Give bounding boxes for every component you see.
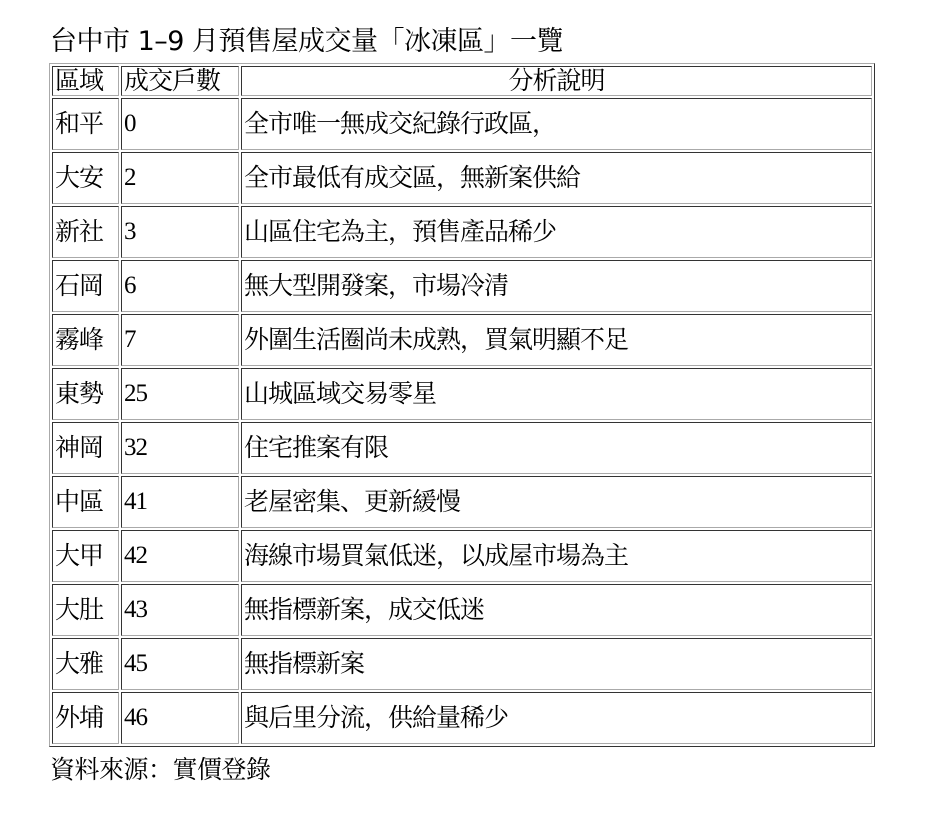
table-title: 台中市 1–9 月預售屋成交量「冰凍區」一覽 bbox=[50, 24, 563, 60]
cell-units: 0 bbox=[121, 98, 239, 150]
table-row: 大安 2 全市最低有成交區，無新案供給 bbox=[52, 152, 872, 204]
cell-units: 41 bbox=[121, 476, 239, 528]
table-row: 中區 41 老屋密集、更新緩慢 bbox=[52, 476, 872, 528]
cell-note: 老屋密集、更新緩慢 bbox=[241, 476, 872, 528]
table-row: 神岡 32 住宅推案有限 bbox=[52, 422, 872, 474]
cell-note: 無大型開發案，市場冷清 bbox=[241, 260, 872, 312]
header-row: 區域 成交戶數 分析說明 bbox=[52, 66, 872, 96]
cell-units: 43 bbox=[121, 584, 239, 636]
cell-district: 大肚 bbox=[52, 584, 119, 636]
cell-note: 無指標新案 bbox=[241, 638, 872, 690]
data-table-container: 區域 成交戶數 分析說明 和平 0 全市唯一無成交紀錄行政區， 大安 2 全市最… bbox=[49, 63, 875, 747]
table-row: 新社 3 山區住宅為主，預售產品稀少 bbox=[52, 206, 872, 258]
cell-district: 霧峰 bbox=[52, 314, 119, 366]
header-analysis: 分析說明 bbox=[241, 66, 872, 96]
table-row: 外埔 46 與后里分流，供給量稀少 bbox=[52, 692, 872, 744]
cell-note: 住宅推案有限 bbox=[241, 422, 872, 474]
table-row: 石岡 6 無大型開發案，市場冷清 bbox=[52, 260, 872, 312]
cell-district: 大甲 bbox=[52, 530, 119, 582]
cell-units: 25 bbox=[121, 368, 239, 420]
cell-district: 東勢 bbox=[52, 368, 119, 420]
cell-district: 新社 bbox=[52, 206, 119, 258]
cell-units: 32 bbox=[121, 422, 239, 474]
cell-district: 石岡 bbox=[52, 260, 119, 312]
cell-district: 和平 bbox=[52, 98, 119, 150]
cell-note: 與后里分流，供給量稀少 bbox=[241, 692, 872, 744]
cell-district: 神岡 bbox=[52, 422, 119, 474]
header-district: 區域 bbox=[52, 66, 119, 96]
cell-note: 無指標新案，成交低迷 bbox=[241, 584, 872, 636]
presale-cold-zone-table: 區域 成交戶數 分析說明 和平 0 全市唯一無成交紀錄行政區， 大安 2 全市最… bbox=[49, 63, 875, 747]
cell-district: 大雅 bbox=[52, 638, 119, 690]
cell-district: 大安 bbox=[52, 152, 119, 204]
cell-units: 45 bbox=[121, 638, 239, 690]
cell-note: 全市最低有成交區，無新案供給 bbox=[241, 152, 872, 204]
cell-units: 42 bbox=[121, 530, 239, 582]
table-row: 東勢 25 山城區域交易零星 bbox=[52, 368, 872, 420]
cell-note: 山區住宅為主，預售產品稀少 bbox=[241, 206, 872, 258]
cell-units: 2 bbox=[121, 152, 239, 204]
table-row: 霧峰 7 外圍生活圈尚未成熟，買氣明顯不足 bbox=[52, 314, 872, 366]
table-row: 大雅 45 無指標新案 bbox=[52, 638, 872, 690]
cell-note: 全市唯一無成交紀錄行政區， bbox=[241, 98, 872, 150]
cell-district: 中區 bbox=[52, 476, 119, 528]
cell-units: 7 bbox=[121, 314, 239, 366]
cell-units: 46 bbox=[121, 692, 239, 744]
cell-district: 外埔 bbox=[52, 692, 119, 744]
table-row: 大肚 43 無指標新案，成交低迷 bbox=[52, 584, 872, 636]
cell-units: 3 bbox=[121, 206, 239, 258]
cell-note: 海線市場買氣低迷，以成屋市場為主 bbox=[241, 530, 872, 582]
cell-note: 山城區域交易零星 bbox=[241, 368, 872, 420]
cell-note: 外圍生活圈尚未成熟，買氣明顯不足 bbox=[241, 314, 872, 366]
data-source-note: 資料來源：實價登錄 bbox=[50, 754, 271, 786]
header-units: 成交戶數 bbox=[121, 66, 239, 96]
cell-units: 6 bbox=[121, 260, 239, 312]
table-row: 和平 0 全市唯一無成交紀錄行政區， bbox=[52, 98, 872, 150]
table-row: 大甲 42 海線市場買氣低迷，以成屋市場為主 bbox=[52, 530, 872, 582]
